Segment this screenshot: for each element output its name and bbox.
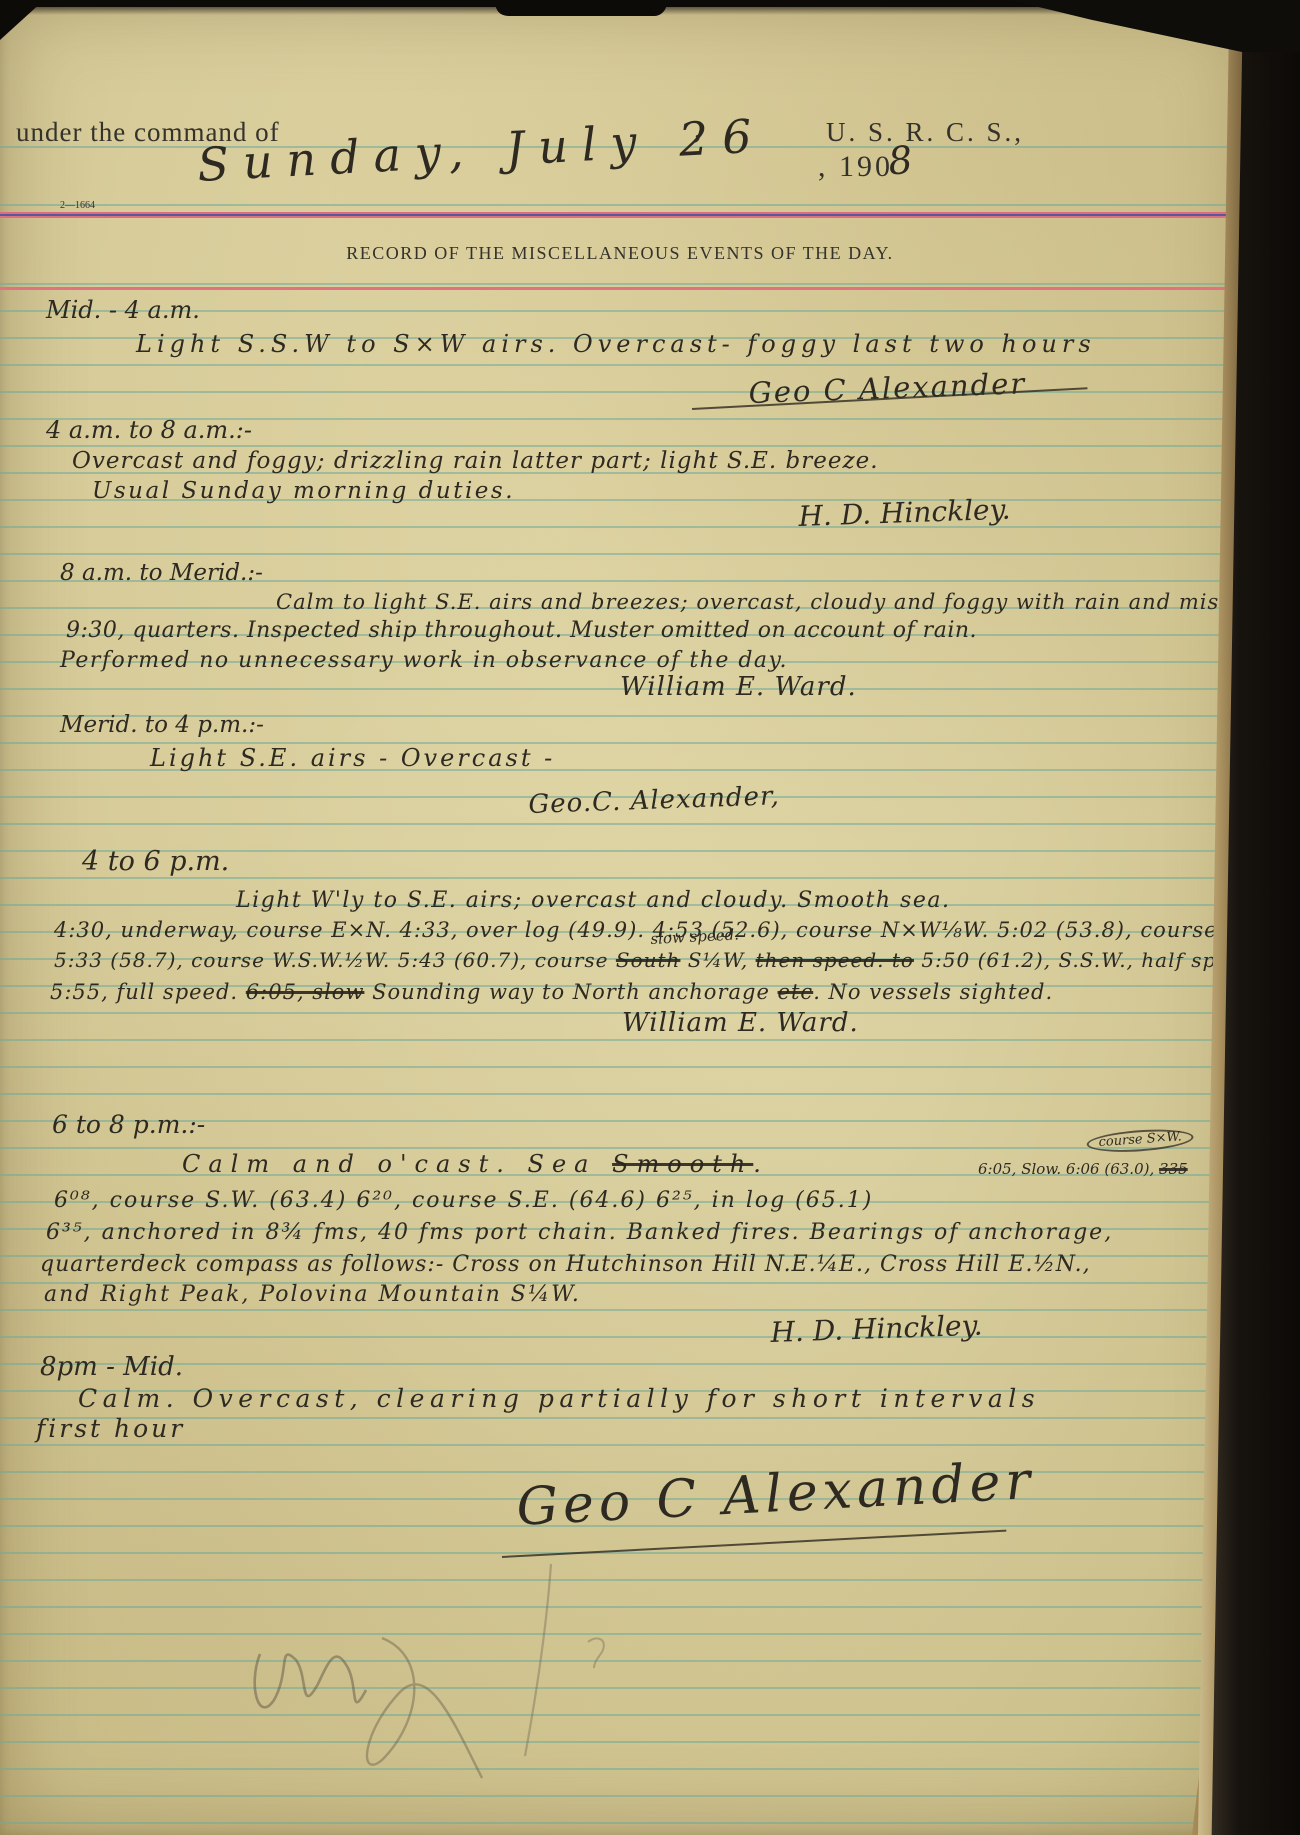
entry-head-mid-4am: Mid. - 4 a.m. [46, 296, 200, 324]
log-segment: . No vessels sighted. [813, 980, 1053, 1004]
entry-head-6pm-8pm: 6 to 8 p.m.:- [52, 1110, 205, 1139]
entry-line: first hour [36, 1414, 185, 1443]
entry-head-4am-8am: 4 a.m. to 8 a.m.:- [46, 416, 252, 444]
struck-text: etc [778, 980, 814, 1004]
form-number: 2—1664 [60, 200, 95, 211]
entry-line: Performed no unnecessary work in observa… [60, 648, 788, 673]
entry-head-4pm-6pm: 4 to 6 p.m. [82, 846, 229, 877]
entry-log-line: 5:33 (58.7), course W.S.W.½W. 5:43 (60.7… [54, 948, 1263, 972]
entry-log-line: and Right Peak, Polovina Mountain S¼W. [44, 1282, 581, 1307]
printed-service-abbrev: U. S. R. C. S., [826, 117, 1024, 148]
margin-segment: 6:05, Slow. 6:06 (63.0), [978, 1160, 1154, 1178]
red-divider-line [0, 287, 1246, 290]
struck-text: Smooth [612, 1150, 753, 1178]
red-blue-divider-line [0, 212, 1246, 218]
signature-ward: William E. Ward. [620, 672, 857, 702]
entry-line: Light W'ly to S.E. airs; overcast and cl… [236, 888, 950, 913]
log-segment: Calm and o'cast. Sea [182, 1150, 612, 1178]
entry-line: Light S.S.W to S×W airs. Overcast- foggy… [136, 330, 1096, 358]
struck-text: 335 [1159, 1160, 1188, 1178]
entry-log-line: 6⁰⁸, course S.W. (63.4) 6²⁰, course S.E.… [54, 1188, 873, 1213]
printed-year-prefix: , 190 [818, 150, 893, 184]
struck-text: South [616, 948, 681, 972]
log-segment: 5:50 (61.2), S.S.W., half speed. [914, 948, 1263, 972]
entry-log-line: quarterdeck compass as follows:- Cross o… [40, 1252, 1091, 1277]
handwritten-year-digit: 8 [886, 137, 915, 183]
struck-text: then speed. to [756, 948, 914, 972]
entry-log-line: 6³⁵, anchored in 8¾ fms, 40 fms port cha… [46, 1220, 1113, 1245]
log-segment: S¼W, [680, 948, 755, 972]
entry-line: Light S.E. airs - Overcast - [150, 744, 555, 772]
log-segment: 5:55, full speed. [50, 980, 246, 1004]
entry-log-line: 5:55, full speed. 6:05, slow Sounding wa… [50, 980, 1053, 1004]
entry-head-merid-4pm: Merid. to 4 p.m.:- [60, 712, 264, 738]
entry-head-8pm-mid: 8pm - Mid. [40, 1352, 183, 1382]
entry-line: Overcast and foggy; drizzling rain latte… [72, 448, 879, 474]
entry-head-8am-merid: 8 a.m. to Merid.:- [60, 560, 263, 586]
log-segment: 5:33 (58.7), course W.S.W.½W. 5:43 (60.7… [54, 948, 616, 972]
margin-note: 6:05, Slow. 6:06 (63.0), 335 [978, 1160, 1188, 1178]
entry-line: Calm to light S.E. airs and breezes; ove… [276, 590, 1236, 614]
section-title: RECORD OF THE MISCELLANEOUS EVENTS OF TH… [0, 243, 1240, 264]
rule-line [0, 204, 1238, 206]
log-segment: Sounding way to North anchorage [364, 980, 777, 1004]
entry-line: Calm and o'cast. Sea Smooth. [182, 1150, 769, 1178]
log-segment: . [753, 1150, 769, 1178]
entry-line: 9:30, quarters. Inspected ship throughou… [66, 618, 977, 643]
entry-line: Calm. Overcast, clearing partially for s… [78, 1384, 1040, 1413]
signature-ward: William E. Ward. [622, 1008, 859, 1038]
entry-line: Usual Sunday morning duties. [92, 478, 515, 504]
book-top-clasp [492, 0, 667, 16]
struck-text: 6:05, slow [246, 980, 365, 1004]
logbook-page: under the command of , U. S. R. C. S., S… [0, 0, 1300, 1835]
